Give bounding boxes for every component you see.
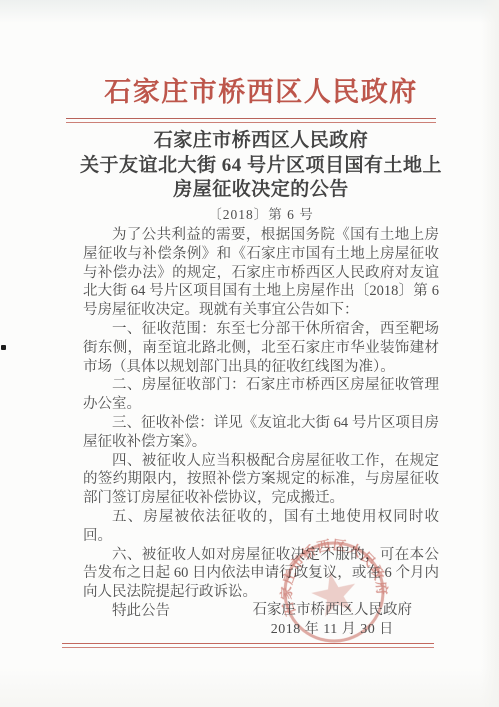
masthead-title: 石家庄市桥西区人民政府 [83, 70, 439, 109]
signature-issuer: 石家庄市桥西区人民政府 [253, 600, 413, 620]
body-paragraph: 四、被征收人应当积极配合房屋征收工作，在规定的签约期限内，按照补偿方案规定的标准… [83, 452, 439, 508]
body-paragraph: 二、房屋征收部门：石家庄市桥西区房屋征收管理办公室。 [83, 376, 439, 414]
document-page: 石家庄市桥西区人民政府 石家庄市桥西区人民政府 关于友谊北大街 64 号片区项目… [0, 0, 499, 707]
scan-shading-top [0, 0, 499, 26]
official-seal: 石家庄市桥西区人民政府 [263, 521, 405, 663]
document-title-line2: 关于友谊北大街 64 号片区项目国有土地上 [63, 154, 459, 179]
signature-date: 2018 年 11 月 30 日 [253, 620, 413, 640]
body-paragraph: 一、征收范围：东至七分部干休所宿舍，西至靶场街东侧，南至谊北路北侧，北至石家庄市… [83, 320, 439, 376]
footer-rule [62, 643, 434, 648]
scan-shading-bottom [0, 667, 499, 707]
document-title: 石家庄市桥西区人民政府 关于友谊北大街 64 号片区项目国有土地上 房屋征收决定… [63, 129, 459, 203]
masthead-rule [66, 118, 436, 123]
body-paragraph: 三、征收补偿：详见《友谊北大街 64 号片区项目房屋征收补偿方案》。 [83, 414, 439, 452]
body-paragraph: 五、房屋被依法征收的，国有土地使用权同时收回。 [83, 508, 439, 546]
body-paragraph: 为了公共利益的需要，根据国务院《国有土地上房屋征收与补偿条例》和《石家庄市国有土… [83, 226, 439, 320]
signature-block: 石家庄市桥西区人民政府 2018 年 11 月 30 日 [253, 600, 413, 640]
document-title-line1: 石家庄市桥西区人民政府 [63, 129, 459, 154]
document-number: 〔2018〕第 6 号 [83, 203, 439, 223]
scan-artifact-dot [1, 345, 6, 350]
document-title-line3: 房屋征收决定的公告 [63, 178, 459, 203]
scan-shading-right [481, 0, 499, 707]
